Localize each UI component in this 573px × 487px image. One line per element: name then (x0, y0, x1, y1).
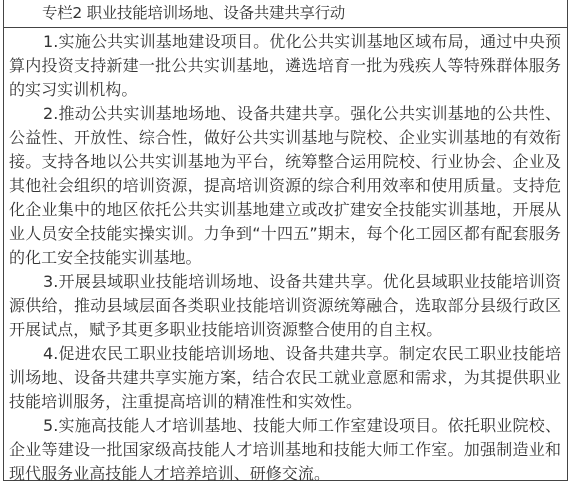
paragraph-4: 4.促进农民工职业技能培训场地、设备共建共享。制定农民工职业技能培训场地、设备共… (9, 342, 561, 414)
box-body: 1.实施公共实训基地建设项目。优化公共实训基地区域布局，通过中央预算内投资支持新… (4, 28, 567, 486)
paragraph-5: 5.实施高技能人才培训基地、技能大师工作室建设项目。依托职业院校、企业等建设一批… (9, 414, 561, 486)
text-box: 专栏2 职业技能培训场地、设备共建共享行动 1.实施公共实训基地建设项目。优化公… (3, 0, 568, 481)
paragraph-3: 3.开展县域职业技能培训场地、设备共建共享。优化县域职业技能培训资源供给，推动县… (9, 270, 561, 342)
box-title: 专栏2 职业技能培训场地、设备共建共享行动 (4, 0, 567, 28)
paragraph-2: 2.推动公共实训基地场地、设备共建共享。强化公共实训基地的公共性、公益性、开放性… (9, 102, 561, 270)
paragraph-1: 1.实施公共实训基地建设项目。优化公共实训基地区域布局，通过中央预算内投资支持新… (9, 30, 561, 102)
